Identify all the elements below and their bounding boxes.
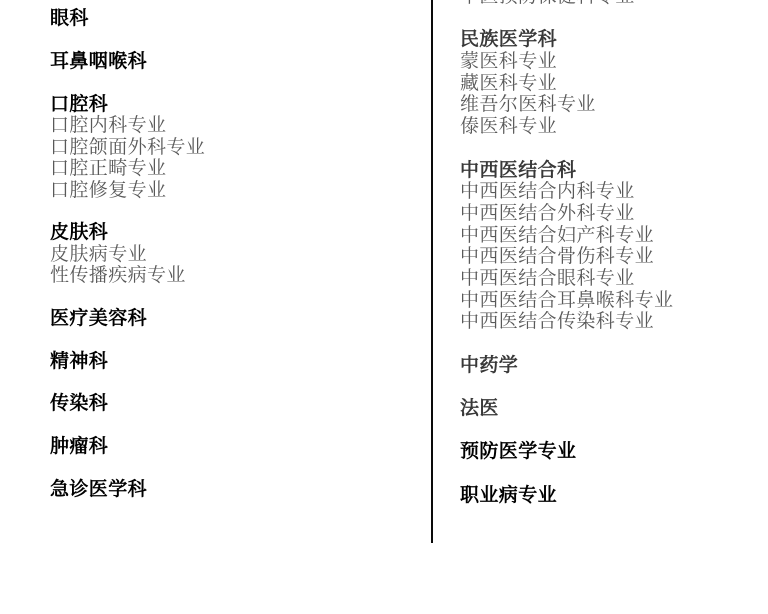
specialty-item: 中西医结合传染科专业 — [460, 311, 673, 333]
specialty-item: 维吾尔医科专业 — [460, 94, 673, 116]
right-column: 中医预防保健科专业民族医学科蒙医科专业藏医科专业维吾尔医科专业傣医科专业中西医结… — [460, 0, 673, 507]
blank-line — [460, 376, 673, 398]
section-header: 口腔科 — [50, 94, 205, 115]
section-header: 预防医学专业 — [460, 441, 673, 463]
blank-line — [50, 286, 205, 307]
specialty-item: 藏医科专业 — [460, 73, 673, 95]
blank-line — [50, 458, 205, 479]
section-header: 中药学 — [460, 355, 673, 377]
specialty-item: 口腔颌面外科专业 — [50, 137, 205, 158]
specialty-item: 口腔正畸专业 — [50, 158, 205, 179]
specialty-item: 中西医结合耳鼻喉科专业 — [460, 290, 673, 312]
section-header: 职业病专业 — [460, 485, 673, 507]
left-column: 眼科耳鼻咽喉科口腔科口腔内科专业口腔颌面外科专业口腔正畸专业口腔修复专业皮肤科皮… — [50, 0, 205, 500]
specialty-item: 皮肤病专业 — [50, 244, 205, 265]
blank-line — [460, 8, 673, 30]
blank-line — [460, 420, 673, 442]
section-header: 中西医结合科 — [460, 160, 673, 182]
section-header: 急诊医学科 — [50, 479, 205, 500]
specialty-directory-page: 眼科耳鼻咽喉科口腔科口腔内科专业口腔颌面外科专业口腔正畸专业口腔修复专业皮肤科皮… — [0, 0, 768, 614]
blank-line — [50, 201, 205, 222]
blank-line — [460, 333, 673, 355]
specialty-item: 傣医科专业 — [460, 116, 673, 138]
specialty-item: 中西医结合外科专业 — [460, 203, 673, 225]
section-header: 耳鼻咽喉科 — [50, 51, 205, 72]
specialty-item: 中西医结合眼科专业 — [460, 268, 673, 290]
blank-line — [50, 30, 205, 51]
specialty-item: 中西医结合内科专业 — [460, 181, 673, 203]
blank-line — [460, 138, 673, 160]
section-header: 民族医学科 — [460, 29, 673, 51]
blank-line — [50, 73, 205, 94]
section-header: 肿瘤科 — [50, 436, 205, 457]
blank-line — [460, 463, 673, 485]
section-header: 医疗美容科 — [50, 308, 205, 329]
section-header: 皮肤科 — [50, 222, 205, 243]
section-header: 精神科 — [50, 351, 205, 372]
blank-line — [50, 415, 205, 436]
section-header: 眼科 — [50, 8, 205, 29]
section-header: 法医 — [460, 398, 673, 420]
specialty-item: 口腔修复专业 — [50, 180, 205, 201]
blank-line — [50, 329, 205, 350]
specialty-item: 中西医结合骨伤科专业 — [460, 246, 673, 268]
clipped-specialty-item: 中医预防保健科专业 — [460, 0, 673, 8]
specialty-item: 蒙医科专业 — [460, 51, 673, 73]
specialty-item: 口腔内科专业 — [50, 115, 205, 136]
specialty-item: 中西医结合妇产科专业 — [460, 225, 673, 247]
specialty-item: 性传播疾病专业 — [50, 265, 205, 286]
column-divider — [431, 0, 433, 543]
section-header: 传染科 — [50, 393, 205, 414]
blank-line — [50, 372, 205, 393]
